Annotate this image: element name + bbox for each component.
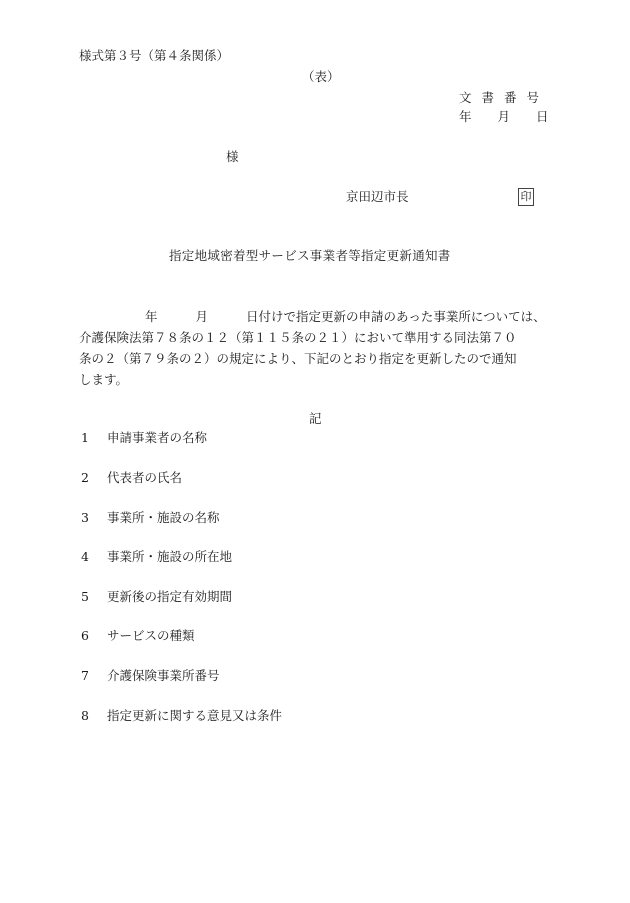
document-number-label: 文書番号: [459, 92, 549, 105]
item-label: 指定更新に関する意見又は条件: [107, 708, 282, 723]
ki-heading: 記: [309, 413, 322, 426]
item-number: 4: [81, 551, 107, 564]
body-line-3: 条の２（第７９条の２）の規定により、下記のとおり指定を更新したので通知: [79, 348, 559, 369]
item-number: 2: [81, 472, 107, 485]
item-label: サービスの種類: [107, 628, 195, 643]
item-label: 事業所・施設の名称: [107, 510, 220, 525]
body-year-label: 年: [145, 309, 158, 324]
item-label: 更新後の指定有効期間: [107, 589, 232, 604]
date-year-label: 年: [459, 111, 472, 124]
body-paragraph: 年月日付けで指定更新の申請のあった事業所については、 介護保険法第７８条の１２（…: [79, 306, 559, 390]
item-number: 8: [81, 710, 107, 723]
item-number: 6: [81, 630, 107, 643]
item-number: 3: [81, 512, 107, 525]
list-item: 8指定更新に関する意見又は条件: [81, 710, 282, 723]
item-label: 介護保険事業所番号: [107, 668, 220, 683]
item-label: 申請事業者の名称: [107, 430, 207, 445]
date-day-label: 日: [536, 111, 549, 124]
recipient-suffix: 様: [226, 151, 239, 164]
item-number: 5: [81, 591, 107, 604]
body-line-1-text: 日付けで指定更新の申請のあった事業所については、: [246, 309, 546, 324]
body-line-2: 介護保険法第７８条の１２（第１１５条の２１）において準用する同法第７０: [79, 327, 559, 348]
seal-stamp-icon: 印: [518, 188, 534, 206]
document-date: 年月日: [459, 111, 549, 124]
list-item: 5更新後の指定有効期間: [81, 591, 232, 604]
date-month-label: 月: [498, 111, 511, 124]
item-label: 代表者の氏名: [107, 470, 182, 485]
body-line-1: 年月日付けで指定更新の申請のあった事業所については、: [79, 306, 559, 327]
document-title: 指定地域密着型サービス事業者等指定更新通知書: [169, 250, 451, 263]
item-label: 事業所・施設の所在地: [107, 549, 232, 564]
side-label: （表）: [302, 71, 340, 84]
item-number: 1: [81, 432, 107, 445]
list-item: 7介護保険事業所番号: [81, 670, 220, 683]
list-item: 3事業所・施設の名称: [81, 512, 220, 525]
form-number: 様式第３号（第４条関係）: [79, 50, 229, 63]
list-item: 1申請事業者の名称: [81, 432, 207, 445]
list-item: 4事業所・施設の所在地: [81, 551, 232, 564]
list-item: 2代表者の氏名: [81, 472, 182, 485]
body-month-label: 月: [196, 309, 209, 324]
item-number: 7: [81, 670, 107, 683]
body-line-4: します。: [79, 369, 559, 390]
sender-name: 京田辺市長: [346, 191, 409, 204]
list-item: 6サービスの種類: [81, 630, 195, 643]
